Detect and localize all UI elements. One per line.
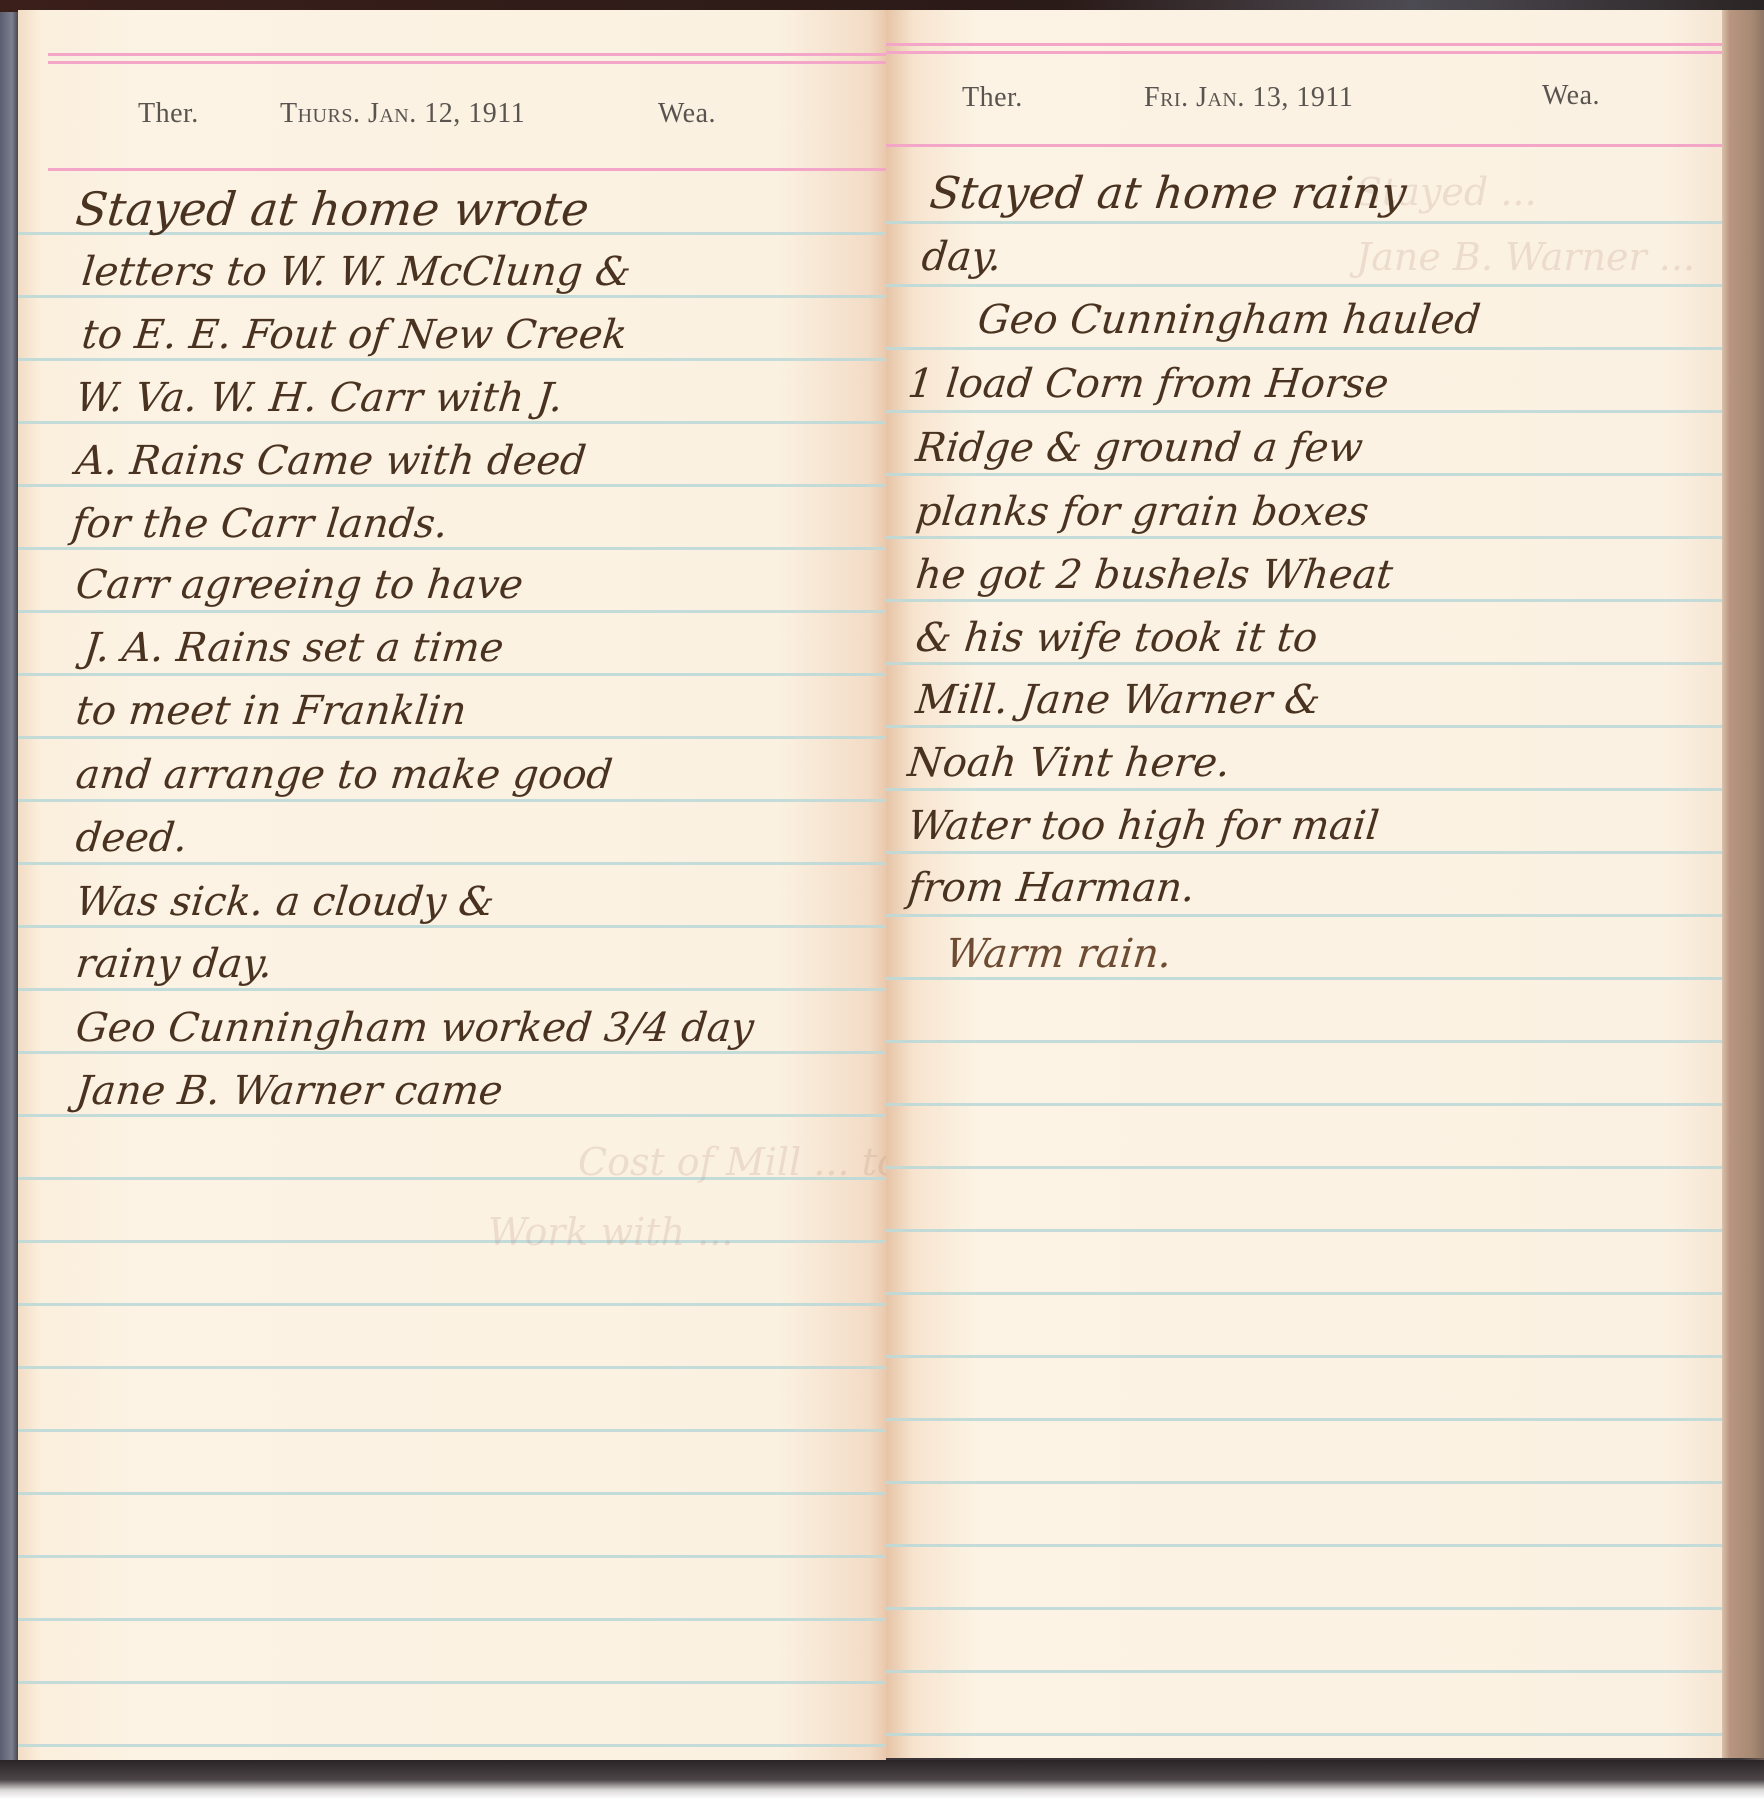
entry-line: Stayed at home wrote [74,186,592,232]
entry-line: A. Rains Came with deed [74,441,588,481]
entry-line: Mill. Jane Warner & [914,680,1322,720]
entry-line: 1 load Corn from Horse [906,364,1391,404]
bleed-through-text: Cost of Mill ... to 72c [578,1140,886,1184]
entry-line: he got 2 bushels Wheat [914,555,1395,595]
entry-line: Geo Cunningham hauled [976,300,1482,340]
entry-line: Noah Vint here. [906,743,1232,783]
page-date: Thurs. Jan. 12, 1911 [280,98,525,130]
entry-line: Stayed at home rainy [928,172,1409,216]
entry-line: Carr agreeing to have [74,565,525,605]
header-bottom-rule [48,168,886,171]
entry-line: Ridge & ground a few [914,428,1365,468]
header-double-rule-bottom [48,61,886,64]
entry-line: Warm rain. [944,934,1174,974]
header-double-rule-bottom [886,51,1722,54]
entry-line: & his wife took it to [914,618,1319,658]
entry-line: for the Carr lands. [70,504,450,544]
header-bottom-rule [886,144,1722,147]
entry-line: day. [920,237,1004,277]
bleed-through-text: Jane B. Warner ... [1356,235,1695,279]
bleed-through-text: Work with ... [488,1210,733,1254]
entry-line: J. A. Rains set a time [82,628,506,668]
ther-label: Ther. [962,82,1023,114]
page-date: Fri. Jan. 13, 1911 [1144,82,1353,114]
wea-label: Wea. [1542,80,1600,112]
wea-label: Wea. [658,98,716,130]
left-page: Ther. Thurs. Jan. 12, 1911 Wea. [18,10,886,1760]
entry-line: from Harman. [906,868,1197,908]
ther-label: Ther. [138,98,199,130]
diary-book: Ther. Thurs. Jan. 12, 1911 Wea. [0,0,1764,1799]
page-fore-edge [1722,10,1764,1758]
entry-line: rainy day. [74,944,275,984]
entry-line: planks for grain boxes [914,492,1371,532]
entry-line: to meet in Franklin [74,691,468,731]
entry-line: deed. [74,818,189,858]
entry-line: W. Va. W. H. Carr with J. [74,378,565,418]
right-page: Ther. Fri. Jan. 13, 1911 Wea. [886,10,1722,1758]
entry-line: Was sick. a cloudy & [74,882,496,922]
entry-line: Geo Cunningham worked 3/4 day [74,1008,756,1048]
header-double-rule-top [48,53,886,56]
entry-line: and arrange to make good [74,755,614,795]
book-bottom-edge [0,1760,1764,1799]
entry-line: Jane B. Warner came [74,1071,505,1111]
header-double-rule-top [886,43,1722,46]
entry-line: Water too high for mail [906,806,1381,846]
entry-line: letters to W. W. McClung & [80,252,633,292]
entry-line: to E. E. Fout of New Creek [80,315,629,355]
